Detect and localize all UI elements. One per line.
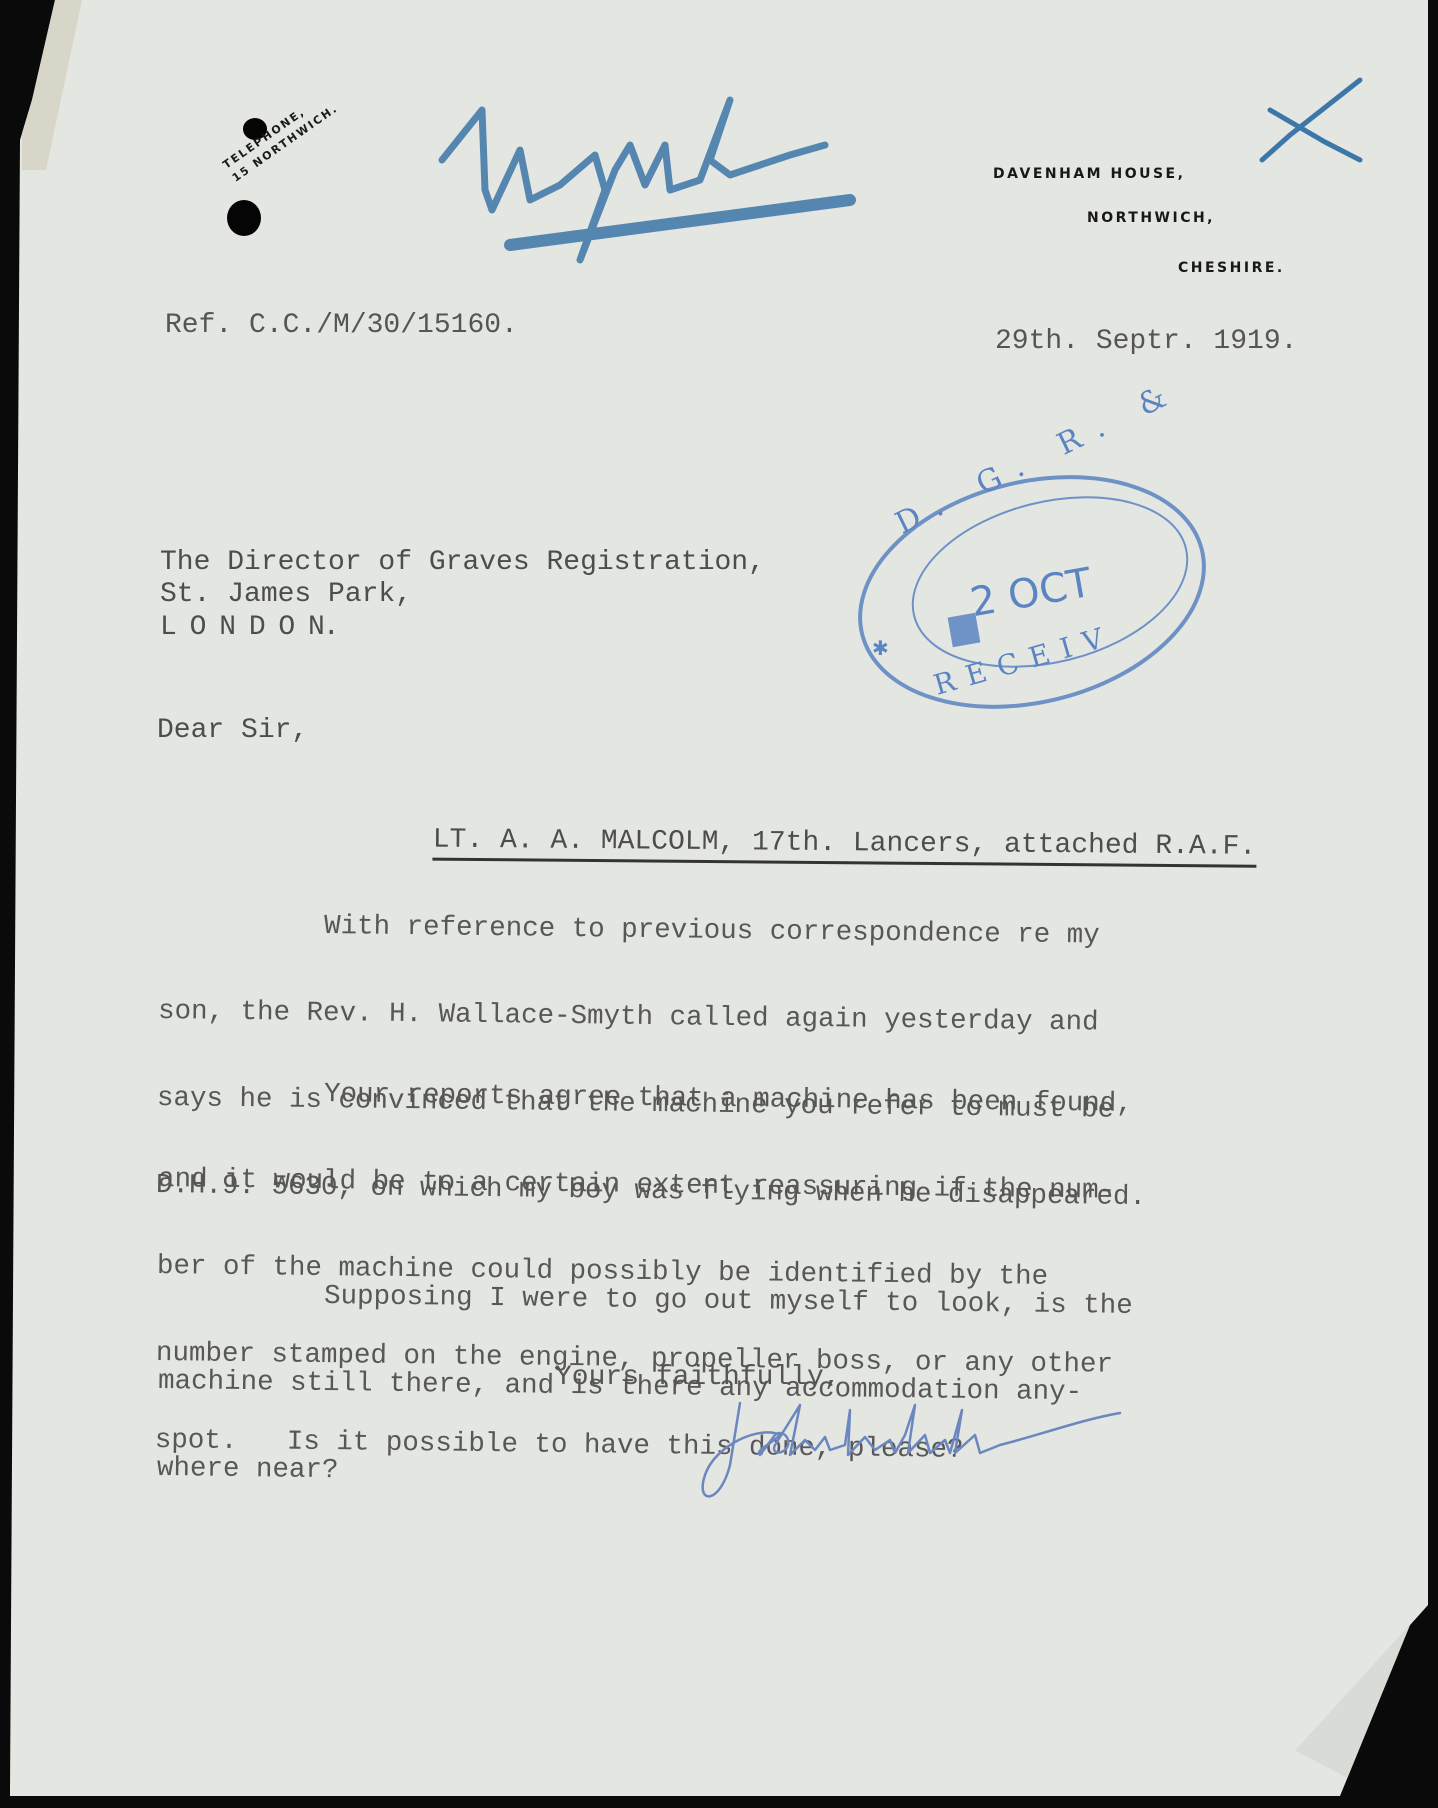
letterhead-telephone: TELEPHONE, 15 NORTHWICH. (220, 88, 342, 187)
x-mark-icon (1250, 70, 1380, 170)
closing: Yours faithfully, (555, 1362, 841, 1394)
letterhead-address-line-2: NORTHWICH, (1087, 210, 1215, 226)
punch-hole (227, 200, 261, 236)
reference-number: Ref. C.C./M/30/15160. (165, 310, 518, 342)
folded-edge (22, 0, 82, 170)
paragraph-line: Supposing I were to go out myself to loo… (159, 1280, 1133, 1321)
recipient-line-2: St. James Park, (160, 579, 412, 611)
letterhead-address-line-3: CHESHIRE. (1178, 260, 1285, 276)
recipient-line-3: L O N D O N. (160, 612, 338, 644)
signature-text: R. W. Malcolm (700, 1395, 825, 1400)
folded-corner (1295, 1608, 1425, 1798)
urgent-handwriting-icon (430, 70, 870, 270)
letter-page: TELEPHONE, 15 NORTHWICH. DAVENHAM HOUSE,… (10, 0, 1428, 1796)
paragraph-line: With reference to previous correspondenc… (159, 910, 1149, 951)
letterhead-address-line-1: DAVENHAM HOUSE, (993, 166, 1185, 182)
letter-date: 29th. Septr. 1919. (995, 326, 1297, 358)
paragraph-line: and it would be to a certain extent reas… (158, 1165, 1132, 1206)
recipient-line-1: The Director of Graves Registration, (160, 547, 765, 579)
salutation: Dear Sir, (157, 715, 308, 747)
paragraph-line: Your reports agree that a machine has be… (159, 1078, 1133, 1119)
signature-icon: R. W. Malcolm (700, 1395, 1220, 1515)
received-stamp: ✱ D. G. R. & 2 OCT RECEIV (850, 470, 1215, 710)
svg-text:✱: ✱ (872, 636, 889, 660)
